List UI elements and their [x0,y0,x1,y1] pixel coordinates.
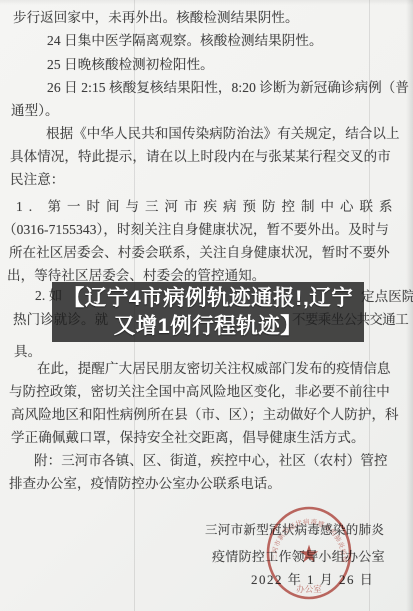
document-page: 步行返回家中，未再外出。核酸检测结果阴性。 24 日集中医学隔离观察。核酸检测结… [0,0,413,611]
doc-line: 通型）。 [11,102,59,119]
doc-line: 所在社区居委会、村委会联系，关注自身健康状况，暂时不要外 [9,244,390,261]
doc-line: 排查办公室，疫情防控办公室办公联系电话。 [9,475,281,492]
overlay-caption-line-1: 【辽宁4市病例轨迹通报!,辽宁 [63,284,354,312]
photo-top-shadow [0,0,413,5]
doc-line: 具。 [14,343,41,360]
doc-line: 学正确佩戴口罩，保持安全社交距离，倡导健康生活方式。 [11,429,365,446]
doc-line: 在此，提醒广大居民朋友密切关注权威部门发布的疫情信息 [37,360,391,377]
official-seal: 三河市新型冠状病毒感染的肺炎疫情防控工作领导小组 ★ 办公室 [253,500,365,610]
doc-line: 高风险地区和阳性病例所在县（市、区）；主动做好个人防护，科 [11,406,399,423]
overlay-caption-banner: 【辽宁4市病例轨迹通报!,辽宁 又增1例行程轨迹】 [52,282,364,342]
doc-line: 附：三河市各镇、区、街道，疾控中心，社区（农村）管控 [34,452,388,469]
doc-line: 具体情况，特此提示，请在以上时段内在与张某某行程交叉的市 [10,148,391,165]
doc-line: 民注意： [10,171,64,188]
doc-line: 根据《中华人民共和国传染病防治法》有关规定，结合以上 [46,125,400,142]
seal-bottom-text: 办公室 [296,584,322,594]
doc-line: 1. 第一时间与三河市疾病预防控制中心联系 [16,198,399,215]
doc-line: 26 日 2:15 核酸复核结果阳性，8:20 诊断为新冠确诊病例（普 [47,79,409,96]
doc-line: 与防控政策，密切关注全国中高风险地区变化，非必要不前往中 [9,383,390,400]
doc-line: 24 日集中医学隔离观察。核酸检测结果阴性。 [47,32,323,49]
overlay-caption-line-2: 又增1例行程轨迹】 [114,312,302,340]
doc-line-fragment: 定点医院发 [361,288,413,305]
doc-line: （0316-7155343），时刻关注自身健康状况，暂不要外出。及时与 [3,221,389,238]
doc-line: 步行返回家中，未再外出。核酸检测结果阴性。 [13,9,299,26]
seal-star-icon: ★ [298,542,320,568]
doc-line: 25 日晚核酸检测初检阳性。 [47,56,214,73]
